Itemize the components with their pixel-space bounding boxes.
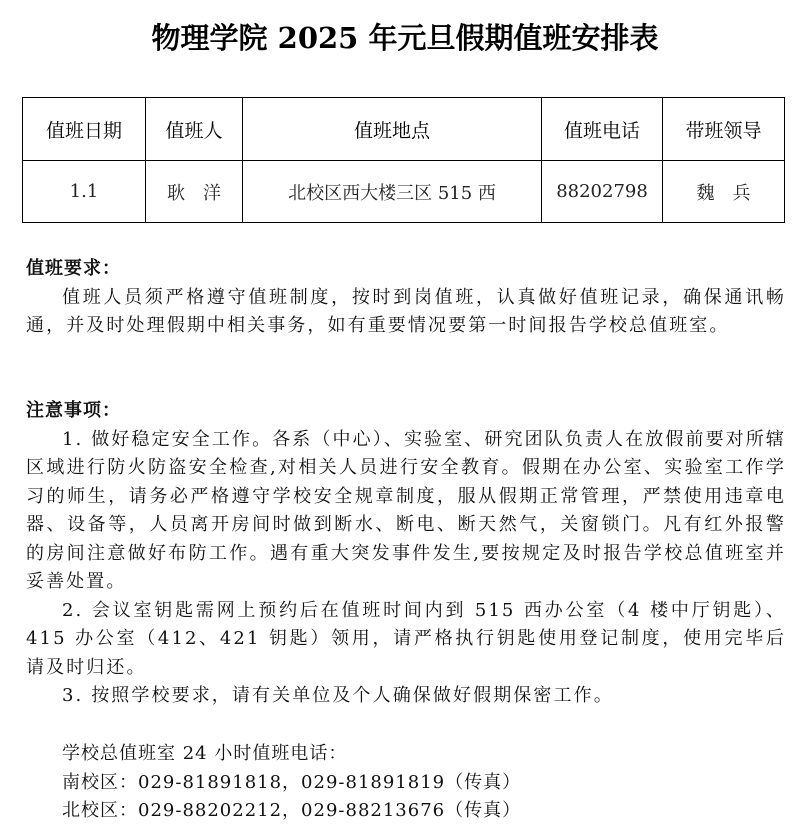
note-item-3: 3. 按照学校要求，请有关单位及个人确保做好假期保密工作。	[26, 682, 786, 711]
document-title: 物理学院 2025 年元旦假期值班安排表	[0, 18, 810, 58]
cell-leader: 魏 兵	[663, 161, 785, 223]
note-item-1: 1. 做好稳定安全工作。各系（中心）、实验室、研究团队负责人在放假前要对所辖区域…	[26, 426, 786, 597]
header-duty-person: 值班人	[146, 98, 243, 161]
note-item-2: 2. 会议室钥匙需网上预约后在值班时间内到 515 西办公室（4 楼中厅钥匙）、…	[26, 597, 786, 683]
contact-north-campus: 北校区：029-88202212，029-88213676（传真）	[26, 797, 786, 826]
header-duty-location: 值班地点	[243, 98, 542, 161]
requirements-text: 值班人员须严格遵守值班制度，按时到岗值班，认真做好值班记录，确保通讯畅通，并及时…	[26, 284, 786, 341]
table-header-row: 值班日期 值班人 值班地点 值班电话 带班领导	[23, 98, 785, 161]
cell-phone: 88202798	[542, 161, 663, 223]
requirements-section: 值班要求： 值班人员须严格遵守值班制度，按时到岗值班，认真做好值班记录，确保通讯…	[26, 255, 786, 341]
table-row: 1.1 耿 洋 北校区西大楼三区 515 西 88202798 魏 兵	[23, 161, 785, 223]
header-duty-phone: 值班电话	[542, 98, 663, 161]
contact-south-campus: 南校区：029-81891818，029-81891819（传真）	[26, 769, 786, 798]
contacts-heading: 学校总值班室 24 小时值班电话：	[26, 740, 786, 769]
cell-location: 北校区西大楼三区 515 西	[243, 161, 542, 223]
header-duty-date: 值班日期	[23, 98, 146, 161]
duty-schedule-table: 值班日期 值班人 值班地点 值班电话 带班领导 1.1 耿 洋 北校区西大楼三区…	[22, 97, 785, 223]
notes-section: 注意事项： 1. 做好稳定安全工作。各系（中心）、实验室、研究团队负责人在放假前…	[26, 397, 786, 711]
contacts-section: 学校总值班室 24 小时值班电话： 南校区：029-81891818，029-8…	[26, 740, 786, 826]
cell-person: 耿 洋	[146, 161, 243, 223]
notes-heading: 注意事项：	[26, 397, 786, 426]
header-leader: 带班领导	[663, 98, 785, 161]
requirements-heading: 值班要求：	[26, 255, 786, 284]
cell-date: 1.1	[23, 161, 146, 223]
